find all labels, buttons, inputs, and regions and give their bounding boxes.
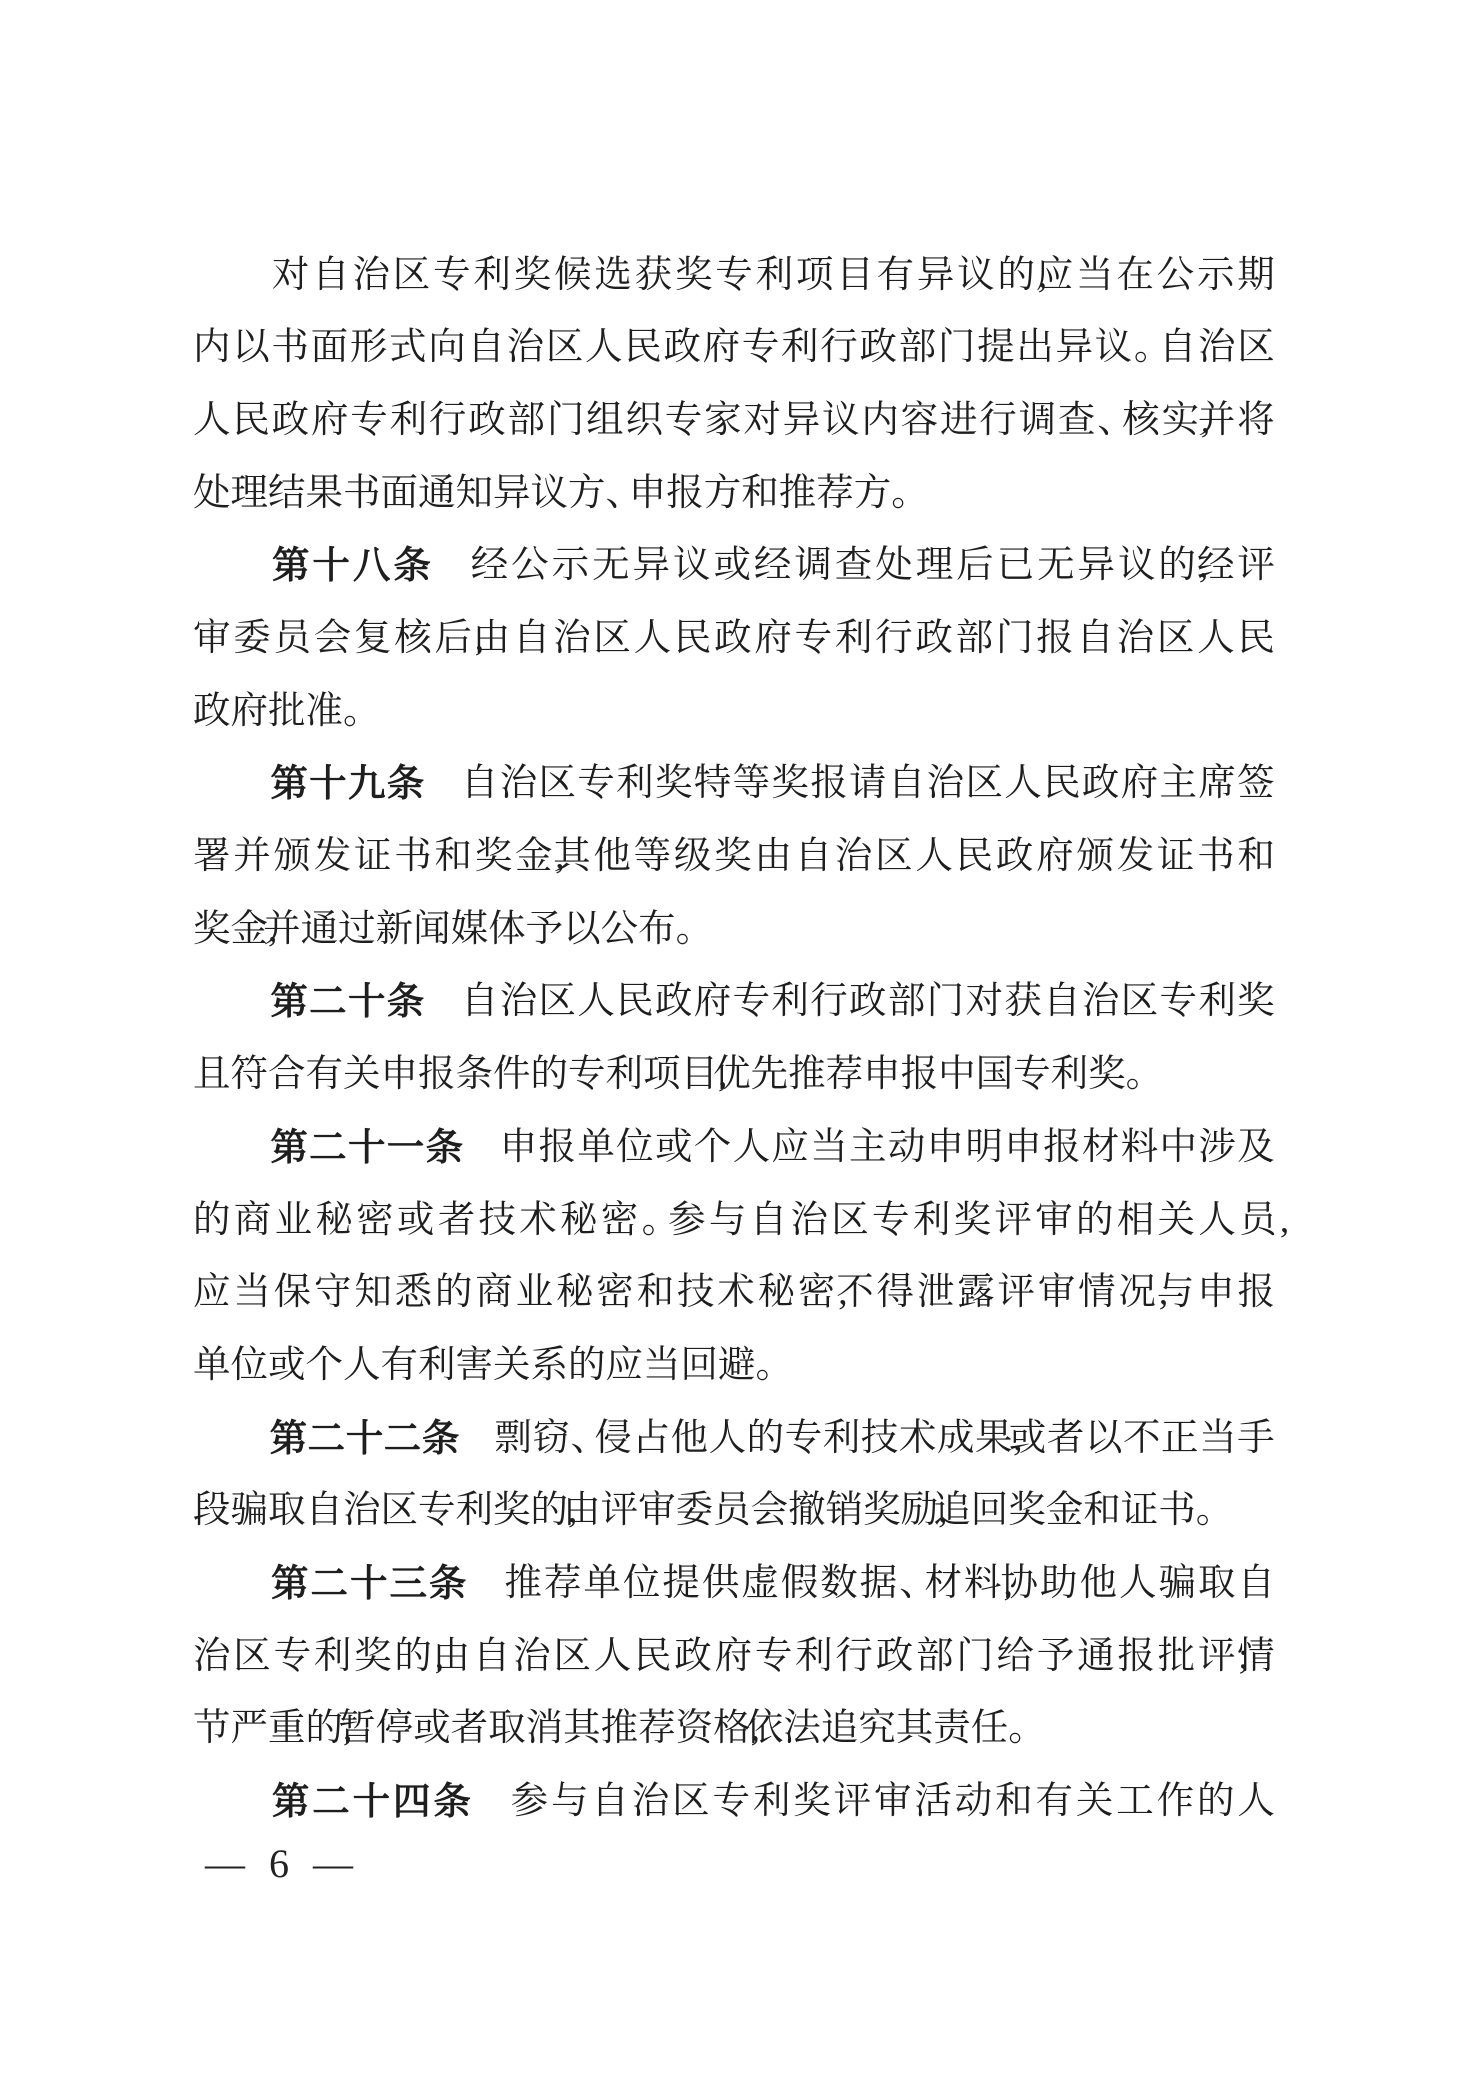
body-char: 门 [927,983,965,1021]
body-char: 者 [451,1710,489,1748]
page-number: 6 [269,1840,289,1888]
body-char: 的 [747,1420,785,1458]
body-char: 专 [872,1202,910,1240]
body-char: 人 [634,620,672,658]
body-char: 知 [354,1274,392,1312]
body-char: 异 [1055,329,1093,367]
body-char: 销 [826,1492,864,1530]
body-char: 自 [1159,329,1197,367]
body-char: 消 [526,1710,564,1748]
body-char: 处 [875,547,913,585]
article-number-char: 九 [348,765,386,803]
body-char: 政 [193,693,231,731]
body-char: 等 [634,838,672,876]
body-char: 人 [1198,1202,1236,1240]
body-char: 专 [665,402,703,440]
body-char: 占 [632,1420,670,1458]
body-char: 金 [515,838,553,876]
body-char: 。 [343,693,381,731]
text-line: 人民政府专利行政部门组织专家对异议内容进行调查、核实,并将 [193,384,1275,457]
body-char: 府 [703,329,741,367]
body-char: 。 [756,1347,794,1385]
body-char: 评 [994,1202,1032,1240]
body-char: 以 [1085,1420,1123,1458]
body-char: 议 [1095,329,1133,367]
body-char: 撤 [788,1492,826,1530]
body-char: 奖 [354,1638,392,1676]
body-char: 后 [956,547,994,585]
document-page: 对自治区专利奖候选获奖专利项目有异议的,应当在公示期内以书面形式向自治区人民政府… [0,0,1469,2078]
body-char: 异 [633,547,671,585]
body-char: 和 [435,838,473,876]
body-char: 公 [511,547,549,585]
body-char: 专 [1160,983,1198,1021]
body-char: 委 [233,620,271,658]
body-char: 当 [1076,257,1114,295]
body-char: 密 [596,1274,634,1312]
body-char: 区 [539,983,577,1021]
body-char: 委 [676,1492,714,1530]
body-char: 区 [672,1783,710,1821]
body-char: 治 [927,765,965,803]
body-char: 技 [677,1274,715,1312]
body-char: 调 [794,547,832,585]
body-char: 利 [616,765,654,803]
body-char: 追 [821,1710,859,1748]
body-char: 内 [193,329,231,367]
body-char: 政 [1082,765,1120,803]
body-char: 依 [746,1710,784,1748]
article-number-char: 第 [270,1129,308,1167]
body-char: 位 [623,1565,661,1603]
body-char: 关 [1076,1783,1114,1821]
body-char: 活 [914,1783,952,1821]
body-char: 给 [997,1638,1035,1676]
body-char: 治 [352,257,390,295]
body-char: 其 [896,1710,934,1748]
body-char: 等 [733,765,771,803]
body-char: 中 [938,1056,976,1094]
body-char: 法 [783,1710,821,1748]
body-char: 与 [1157,1274,1195,1312]
body-char: 明 [965,1129,1003,1167]
body-char: 与 [551,1783,589,1821]
article-number-char: 第 [272,1783,310,1821]
body-char: 门 [956,1638,994,1676]
body-char: 批 [1158,1638,1196,1676]
body-char: 内 [861,402,899,440]
body-char: 利 [771,983,809,1021]
body-char: 面 [381,475,419,513]
body-char: 专 [742,329,780,367]
article-number-char: 十 [309,765,347,803]
body-char: 奖 [771,765,809,803]
body-char: 追 [933,1492,971,1530]
body-char: 况 [1119,1274,1157,1312]
body-char: 式 [389,329,427,367]
body-char: 实 [1162,402,1200,440]
body-char: 符 [231,1056,269,1094]
body-char: 出 [1016,329,1054,367]
body-char: 政 [859,329,897,367]
body-char: 形 [350,329,388,367]
body-char: 区 [539,765,577,803]
body-char: 虚 [741,1565,779,1603]
article-number-char: 一 [387,1129,425,1167]
body-char: 应 [606,1347,644,1385]
body-char: 专 [733,983,771,1021]
body-char: 申 [629,475,667,513]
body-char: 治 [1082,983,1120,1021]
body-char: 专 [274,1638,312,1676]
body-char: 当 [1199,1420,1237,1458]
body-char: 悉 [395,1274,433,1312]
body-char: 报 [1237,1274,1275,1312]
body-char: 方 [854,475,892,513]
body-char: 国 [976,1056,1014,1094]
body-char: 民 [624,329,662,367]
body-char: 报 [1117,1638,1155,1676]
body-char: 区 [593,620,631,658]
body-char: 和 [995,1783,1033,1821]
body-char: 技 [478,1202,516,1240]
body-char: 他 [1080,1565,1118,1603]
body-char: 申 [1004,1129,1042,1167]
body-char: 府 [754,620,792,658]
article-number-char: 二 [309,1129,347,1167]
article-number-char: 第 [270,1420,308,1458]
body-char: 涉 [1198,1129,1236,1167]
body-char: 部 [508,402,546,440]
body-char: 署 [193,838,231,876]
body-char: 自 [312,257,350,295]
body-char: 者 [438,1202,476,1240]
body-char: 利 [390,402,428,440]
body-char: 部 [888,983,926,1021]
body-char: 通 [1077,1638,1115,1676]
body-char: 商 [475,1274,513,1312]
body-char: 政 [996,838,1034,876]
body-char: 个 [306,1347,344,1385]
body-char: 区 [393,257,431,295]
body-char: 数 [820,1565,858,1603]
body-char: 获 [635,257,673,295]
body-char: 理 [916,547,954,585]
body-char: 民 [634,1638,672,1676]
body-char: 议 [957,257,995,295]
body-char: 或 [268,1347,306,1385]
body-char: 利 [795,1638,833,1676]
body-char: 作 [1157,1783,1195,1821]
body-char: 政 [876,1638,914,1676]
body-char: 系 [531,1347,569,1385]
body-char: 与 [709,1202,747,1240]
text-block: 对自治区专利奖候选获奖专利项目有异议的,应当在公示期内以书面形式向自治区人民政府… [193,239,1275,1838]
body-char: 节 [193,1710,231,1748]
body-char: 位 [616,1129,654,1167]
body-char: 人 [594,1638,632,1676]
body-char: 治 [507,329,545,367]
body-char: 的 [1197,1783,1235,1821]
body-char: 异 [493,475,531,513]
body-char: 情 [1078,1274,1116,1312]
body-char: 示 [552,547,590,585]
body-char: 密 [601,1202,639,1240]
body-char: 和 [741,475,779,513]
body-char: 通 [418,475,456,513]
body-char: 民 [232,402,270,440]
body-char: 书 [271,329,309,367]
body-char: 对 [272,257,310,295]
text-line: 段骗取自治区专利奖的,由评审委员会撤销奖励,追回奖金和证书。 [193,1475,1275,1548]
body-char: 不 [836,1274,874,1312]
body-char: 利 [823,1420,861,1458]
body-char: 行 [835,1638,873,1676]
body-char: 其 [563,1710,601,1748]
body-char: 理 [231,475,269,513]
article-number-char: 条 [387,983,425,1021]
body-char: 后 [435,620,473,658]
body-char: 政 [714,620,752,658]
body-char: 果 [975,1420,1013,1458]
article-number-char: 条 [393,547,431,585]
body-char: 候 [554,257,592,295]
body-char: 审 [1035,1202,1073,1240]
body-char: 位 [231,1347,269,1385]
body-char: 侵 [594,1420,632,1458]
body-char: 重 [268,1710,306,1748]
body-char: 政 [468,402,506,440]
body-char: 特 [694,765,732,803]
body-char: 材 [924,1565,962,1603]
body-char: 治 [193,1638,231,1676]
body-char: 报 [810,765,848,803]
body-char: 主 [1160,765,1198,803]
body-char: 利 [1051,1056,1089,1094]
body-char: 会 [751,1492,789,1530]
body-char: 府 [694,983,732,1021]
body-char: 人 [915,838,953,876]
body-char: 人 [1237,1783,1275,1821]
body-char: 自 [795,838,833,876]
body-char: 民 [1237,620,1275,658]
body-char: 公 [601,911,639,949]
body-char: 究 [858,1710,896,1748]
article-number-char: 第 [272,547,310,585]
body-char: 自 [467,329,505,367]
text-line: 奖金,并通过新闻媒体予以公布。 [193,893,1275,966]
body-char: 术 [519,1202,557,1240]
body-char: 得 [877,1274,915,1312]
body-char: 治 [500,983,538,1021]
page-footer: — 6 — [205,1840,353,1888]
body-char: 申 [1197,1274,1235,1312]
article-number-char: 八 [353,547,391,585]
text-line: 且符合有关申报条件的专利项目,优先推荐申报中国专利奖。 [193,1039,1275,1112]
body-char: 自 [1237,1565,1275,1603]
body-char: 或 [1009,1420,1047,1458]
body-char: 荐 [816,475,854,513]
body-char: 经 [471,547,509,585]
body-char: 奖 [675,257,713,295]
body-char: 工 [1116,1783,1154,1821]
article-number-char: 条 [387,765,425,803]
body-char: 并 [263,911,301,949]
body-char: 和 [1237,838,1275,876]
body-char: 由 [563,1492,601,1530]
body-char: 单 [577,1129,615,1167]
body-char: 取 [268,1492,306,1530]
body-char: 的 [1076,1202,1114,1240]
body-char: 应 [193,1274,231,1312]
body-char: 项 [643,1056,681,1094]
body-char: 和 [1083,1492,1121,1530]
body-char: 府 [311,402,349,440]
body-char: 组 [586,402,624,440]
body-char: 中 [1160,1129,1198,1167]
body-char: 准 [306,693,344,731]
body-char: 以 [232,329,270,367]
body-char: 秘 [315,1202,353,1240]
body-char: 专 [350,402,388,440]
body-char: 治 [553,620,591,658]
body-char: 发 [314,838,352,876]
body-char: 自 [750,1202,788,1240]
body-char: 奖 [1088,1056,1126,1094]
body-char: 有 [877,257,915,295]
body-char: 情 [1237,1638,1275,1676]
body-char: 害 [456,1347,494,1385]
body-char: 容 [901,402,939,440]
body-char: 区 [553,1638,591,1676]
body-char: 暂 [338,1710,376,1748]
body-char: 参 [668,1202,706,1240]
body-char: 府 [231,693,269,731]
body-char: 报 [539,1129,577,1167]
body-char: 成 [937,1420,975,1458]
text-line: 对自治区专利奖候选获奖专利项目有异议的,应当在公示期 [193,239,1275,312]
body-char: 责 [933,1710,971,1748]
body-char: 申 [863,1056,901,1094]
body-char: 关 [493,1347,531,1385]
body-char: 专 [577,765,615,803]
text-line: 治区专利奖的,由自治区人民政府专利行政部门给予通报批评;情 [193,1620,1275,1693]
body-char: 果 [306,475,344,513]
body-char: 治 [343,1492,381,1530]
body-char: 颁 [1076,838,1114,876]
body-char: 核 [394,620,432,658]
body-char: 自 [473,1638,511,1676]
body-char: 异 [783,402,821,440]
body-char: 对 [965,983,1003,1021]
body-char: 利 [1198,983,1236,1021]
body-char: 选 [594,257,632,295]
body-char: 单 [193,1347,231,1385]
body-char: 政 [674,1638,712,1676]
body-char: 专 [568,1056,606,1094]
body-char: 密 [356,1202,394,1240]
body-char: 行 [810,983,848,1021]
body-char: 知 [456,475,494,513]
body-char: 无 [1037,547,1075,585]
body-char: 核 [1122,402,1160,440]
text-line: 的商业秘密或者技术秘密。参与自治区专利奖评审的相关人员, [193,1184,1275,1257]
body-char: 目 [836,257,874,295]
body-char: 段 [193,1492,231,1530]
body-char: 门 [938,329,976,367]
body-char: 剽 [494,1420,532,1458]
body-char: 专 [1013,1056,1051,1094]
body-char: 体 [488,911,526,949]
body-char: 动 [955,1783,993,1821]
body-char: 区 [233,1638,271,1676]
body-char: 严 [231,1710,269,1748]
body-char: 政 [849,983,887,1021]
body-char: 或 [413,1710,451,1748]
body-char: 签 [1237,765,1275,803]
body-char: 在 [1116,257,1154,295]
body-char: 人 [1004,765,1042,803]
body-char: 的 [997,257,1035,295]
body-char: 推 [601,1710,639,1748]
body-char: 政 [655,983,693,1021]
body-char: 自 [461,765,499,803]
body-char: 。 [1196,1492,1234,1530]
body-char: 人 [1119,1565,1157,1603]
body-char: 假 [781,1565,819,1603]
body-char: 评 [601,1492,639,1530]
body-char: 评 [1198,1638,1236,1676]
text-line: 应当保守知悉的商业秘密和技术秘密,不得泄露评审情况,与申报 [193,1257,1275,1330]
body-char: 治 [835,838,873,876]
body-char: 评 [834,1783,872,1821]
body-char: 复 [354,620,392,658]
body-char: 议 [673,547,711,585]
body-char: 者 [1047,1420,1085,1458]
body-char: 对 [743,402,781,440]
body-char: 项 [796,257,834,295]
body-char: 向 [428,329,466,367]
body-char: 部 [916,1638,954,1676]
body-char: 和 [637,1274,675,1312]
body-char: 期 [1237,257,1275,295]
body-char: 以 [563,911,601,949]
body-char: 关 [1158,1202,1196,1240]
body-char: 部 [899,329,937,367]
body-char: 供 [702,1565,740,1603]
body-char: 通 [301,911,339,949]
body-char: 闻 [413,911,451,949]
article-number-char: 条 [426,1129,464,1167]
body-char: 奖 [1237,983,1275,1021]
body-char: 或 [713,547,751,585]
body-char: 荐 [826,1056,864,1094]
body-char: 材 [1082,1129,1120,1167]
body-char: 报 [418,1056,456,1094]
body-char: 由 [433,1638,471,1676]
body-char: 提 [662,1565,700,1603]
body-char: 报 [1043,1129,1081,1167]
body-char: 治 [1198,329,1236,367]
body-char: 利 [756,257,794,295]
article-number-char: 二 [308,1420,346,1458]
body-char: 申 [500,1129,538,1167]
body-char: 奖 [193,911,231,949]
body-char: 区 [875,838,913,876]
body-char: 。 [891,475,929,513]
body-char: 报 [666,475,704,513]
body-char: 行 [429,402,467,440]
